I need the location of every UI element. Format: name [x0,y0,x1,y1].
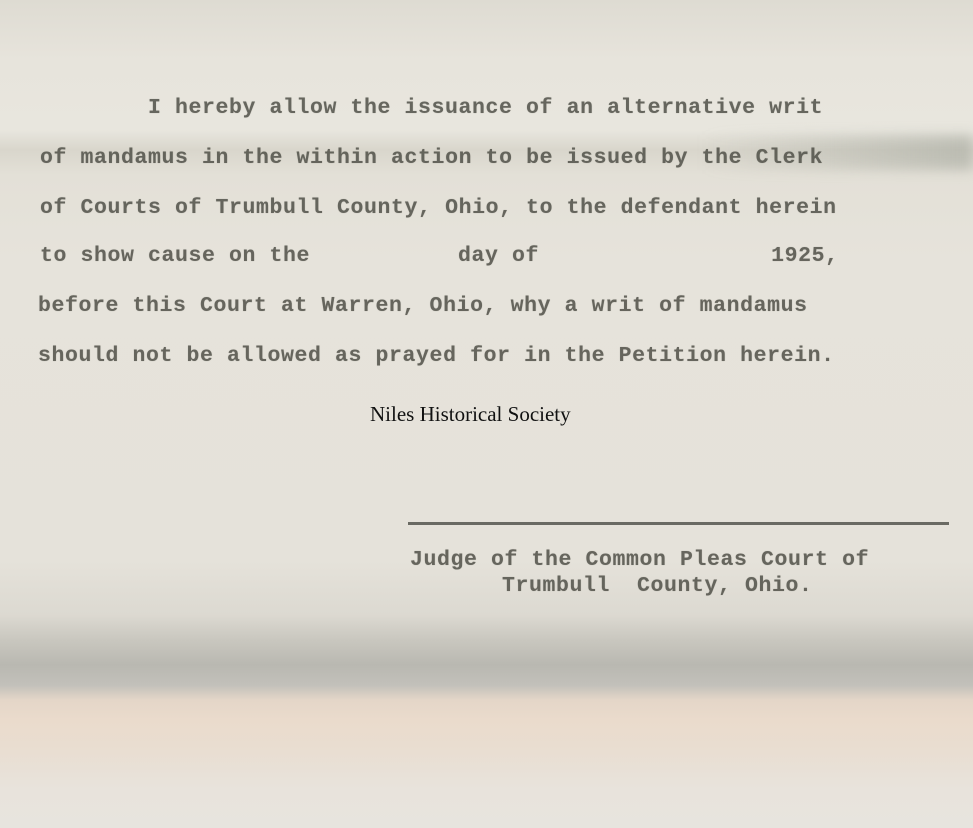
body-line-2: of mandamus in the within action to be i… [40,146,823,170]
typewritten-document-page: I hereby allow the issuance of an altern… [0,0,973,828]
body-line-4-part-3: 1925, [771,244,839,268]
body-line-4: to show cause on theday of1925, [40,244,839,268]
body-line-4-part-1: to show cause on the [40,244,310,268]
body-line-3: of Courts of Trumbull County, Ohio, to t… [40,196,837,220]
body-line-6: should not be allowed as prayed for in t… [38,344,835,368]
body-line-4-part-2: day of [458,244,539,268]
signature-title-line-2: Trumbull County, Ohio. [502,574,813,598]
body-line-5: before this Court at Warren, Ohio, why a… [38,294,808,318]
body-line-1: I hereby allow the issuance of an altern… [148,96,823,120]
signature-line [408,522,949,525]
watermark-caption: Niles Historical Society [370,402,571,427]
signature-title-line-1: Judge of the Common Pleas Court of [410,548,869,572]
